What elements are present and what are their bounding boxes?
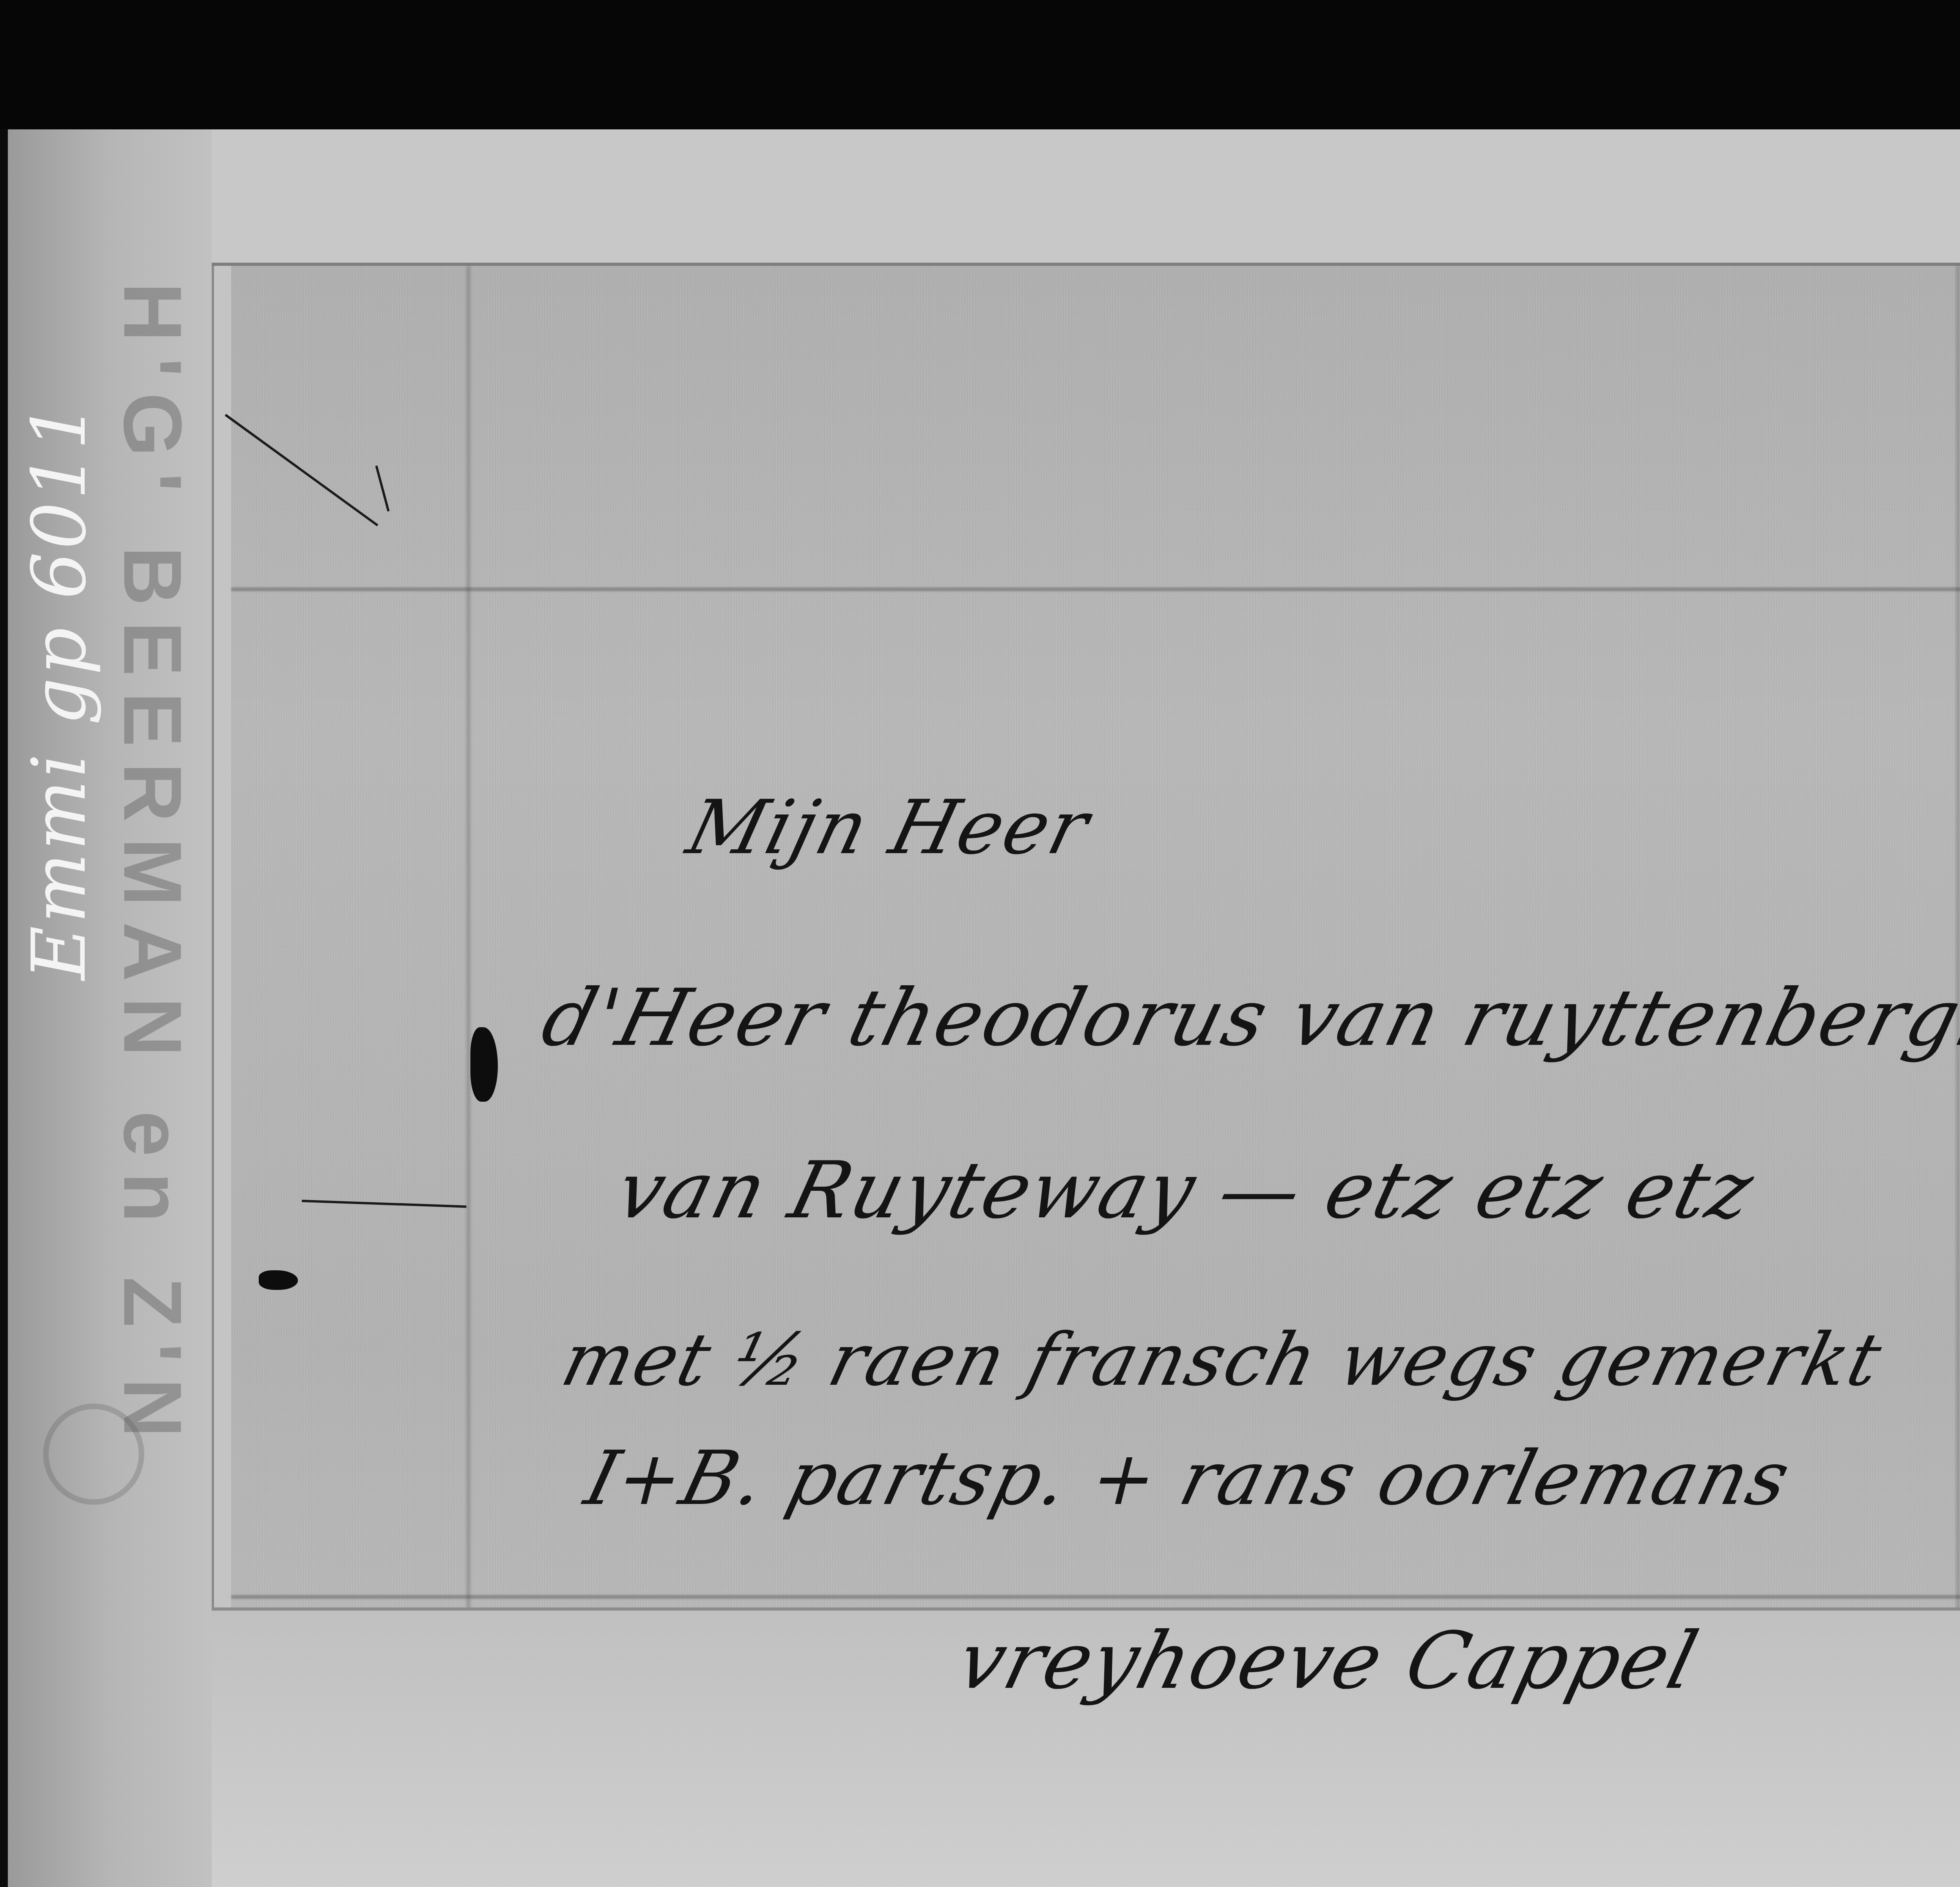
stamp-seal-circle [43, 1404, 144, 1505]
package-note: met ½ raen fransch wegs gemerkt [554, 1317, 1891, 1402]
fold-crease [231, 1595, 1960, 1599]
fold-crease [466, 266, 470, 1811]
salutation: Mijn Heer [679, 784, 1098, 871]
sender-marks: I+B. partsp. + rans oorlemans [577, 1435, 1799, 1522]
addressee-name: d'Heer theodorus van ruyttenbergh [534, 972, 1960, 1064]
destination-place: vreyhoeve Cappel [949, 1615, 1708, 1707]
seal-remnant [259, 1270, 298, 1290]
negative-top-border [0, 0, 1960, 129]
mount-top-ledge [212, 129, 1960, 266]
addressee-title: van Ruyteway — etz etz etz [608, 1145, 1764, 1236]
fold-crease [231, 587, 1960, 591]
archive-marking: Emmi gp 6011 [16, 400, 102, 980]
